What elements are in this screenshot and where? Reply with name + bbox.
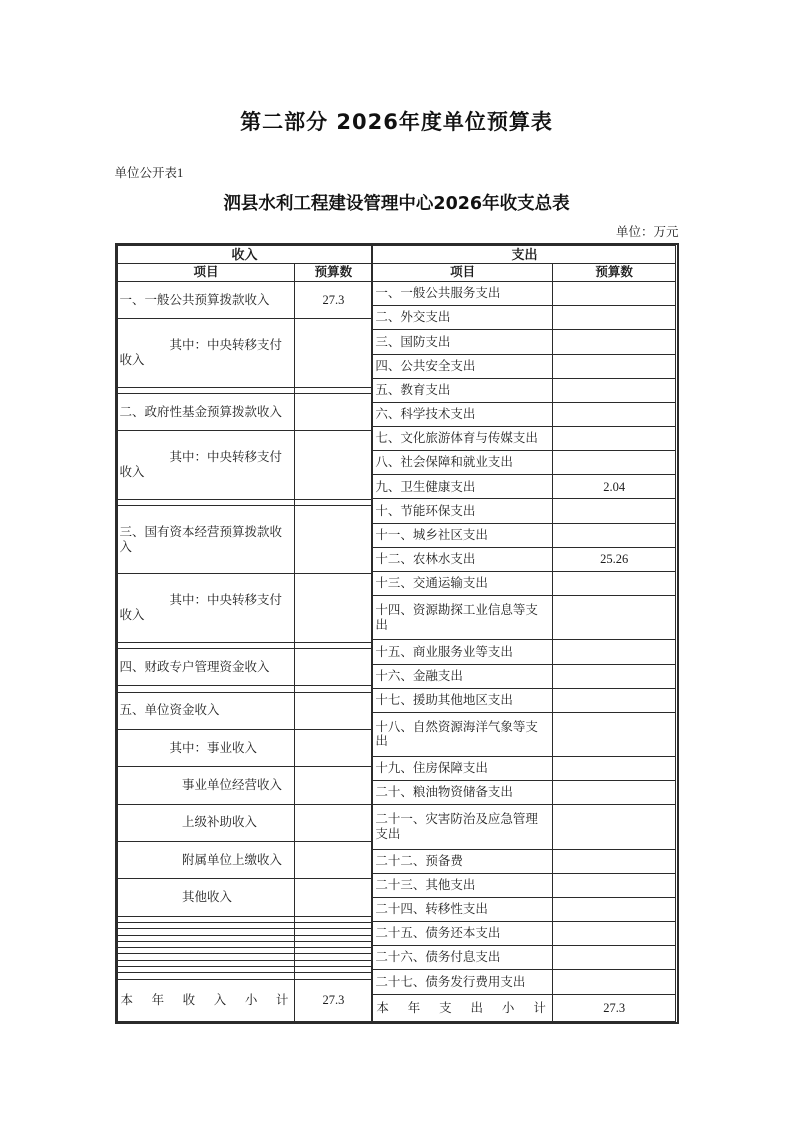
item-cell: 二十一、灾害防治及应急管理支出: [373, 805, 552, 849]
table-row: 二十五、债务还本支出: [373, 922, 676, 946]
budget-cell: [295, 842, 372, 879]
item-cell: 十一、城乡社区支出: [373, 523, 552, 547]
item-cell: 十八、自然资源海洋气象等支出: [373, 712, 552, 756]
item-cell: 十二、农林水支出: [373, 547, 552, 571]
budget-cell: [552, 354, 676, 378]
item-cell: 十九、住房保障支出: [373, 757, 552, 781]
item-cell: 四、财政专户管理资金收入: [117, 649, 295, 686]
expenditure-budget-column-header: 预算数: [552, 264, 676, 282]
budget-cell: [552, 523, 676, 547]
table-row: 三、国有资本经营预算拨款收入: [117, 506, 372, 574]
budget-cell: [552, 282, 676, 306]
budget-cell: [552, 330, 676, 354]
table-row: 九、卫生健康支出2.04: [373, 475, 676, 499]
item-cell: 二十四、转移性支出: [373, 897, 552, 921]
table-row: 其中：中央转移支付收入: [117, 319, 372, 387]
content-area: 单位公开表1 泗县水利工程建设管理中心2026年收支总表 单位：万元 收入 项目: [115, 163, 679, 1024]
item-cell: 上级补助收入: [117, 804, 295, 841]
table-row: 十七、援助其他地区支出: [373, 688, 676, 712]
table-row: 十三、交通运输支出: [373, 571, 676, 595]
item-cell: 四、公共安全支出: [373, 354, 552, 378]
item-cell: 二十六、债务付息支出: [373, 946, 552, 970]
budget-cell: [552, 402, 676, 426]
item-cell: 二十五、债务还本支出: [373, 922, 552, 946]
budget-cell: [295, 394, 372, 431]
income-total-row: 本 年 收 入 小 计 27.3: [117, 979, 372, 1021]
budget-cell: [552, 849, 676, 873]
income-section: 收入 项目 预算数 一、一般公共预算拨款收入27.3 其中：中央转移支付收入二、…: [117, 245, 373, 1022]
budget-cell: [552, 781, 676, 805]
item-cell: 二十、粮油物资储备支出: [373, 781, 552, 805]
item-cell: 其他收入: [117, 879, 295, 916]
item-cell: 十四、资源勘探工业信息等支出: [373, 596, 552, 640]
income-item-column-header: 项目: [117, 264, 295, 282]
budget-cell: [552, 571, 676, 595]
table-row: 十九、住房保障支出: [373, 757, 676, 781]
table-row: 七、文化旅游体育与传媒支出: [373, 427, 676, 451]
expenditure-table: 支出 项目 预算数 一、一般公共服务支出二、外交支出三、国防支出四、公共安全支出…: [372, 245, 676, 1022]
income-total-value: 27.3: [295, 979, 372, 1021]
table-row: 三、国防支出: [373, 330, 676, 354]
table-row: 附属单位上缴收入: [117, 842, 372, 879]
expenditure-section: 支出 项目 预算数 一、一般公共服务支出二、外交支出三、国防支出四、公共安全支出…: [372, 245, 676, 1022]
budget-cell: [552, 873, 676, 897]
budget-cell: [552, 427, 676, 451]
item-cell: 十七、援助其他地区支出: [373, 688, 552, 712]
item-cell: 二、政府性基金预算拨款收入: [117, 394, 295, 431]
table-row: [117, 973, 372, 980]
table-row: 其中：中央转移支付收入: [117, 431, 372, 499]
table-row: 二十三、其他支出: [373, 873, 676, 897]
budget-cell: 2.04: [552, 475, 676, 499]
income-table: 收入 项目 预算数 一、一般公共预算拨款收入27.3 其中：中央转移支付收入二、…: [117, 245, 373, 1022]
item-cell: 二十七、债务发行费用支出: [373, 970, 552, 994]
table-label: 单位公开表1: [115, 163, 679, 181]
budget-cell: [295, 692, 372, 729]
table-row: 十一、城乡社区支出: [373, 523, 676, 547]
table-row: 十四、资源勘探工业信息等支出: [373, 596, 676, 640]
table-row: 五、教育支出: [373, 378, 676, 402]
item-cell: 九、卫生健康支出: [373, 475, 552, 499]
table-row: 二、政府性基金预算拨款收入: [117, 394, 372, 431]
item-cell: 六、科学技术支出: [373, 402, 552, 426]
budget-cell: [295, 767, 372, 804]
budget-cell: [552, 970, 676, 994]
item-cell: 事业单位经营收入: [117, 767, 295, 804]
item-cell: 三、国防支出: [373, 330, 552, 354]
budget-cell: [552, 922, 676, 946]
income-section-header: 收入: [117, 246, 372, 264]
income-group-header-row: 收入: [117, 246, 372, 264]
item-cell: 三、国有资本经营预算拨款收入: [117, 506, 295, 574]
table-row: 其他收入: [117, 879, 372, 916]
item-cell: 一、一般公共服务支出: [373, 282, 552, 306]
item-cell: 二十三、其他支出: [373, 873, 552, 897]
income-budget-column-header: 预算数: [295, 264, 372, 282]
item-cell: 其中：中央转移支付收入: [117, 574, 295, 642]
unit-note: 单位：万元: [115, 222, 679, 240]
budget-cell: [295, 506, 372, 574]
item-cell: 八、社会保障和就业支出: [373, 451, 552, 475]
table-row: 六、科学技术支出: [373, 402, 676, 426]
item-cell: 二十二、预备费: [373, 849, 552, 873]
item-cell: 十三、交通运输支出: [373, 571, 552, 595]
budget-cell: [295, 574, 372, 642]
income-column-header-row: 项目 预算数: [117, 264, 372, 282]
item-cell: 其中：中央转移支付收入: [117, 431, 295, 499]
budget-cell: [552, 378, 676, 402]
item-cell: 十、节能环保支出: [373, 499, 552, 523]
expenditure-column-header-row: 项目 预算数: [373, 264, 676, 282]
budget-cell: [552, 712, 676, 756]
budget-cell: [295, 730, 372, 767]
budget-cell: [552, 664, 676, 688]
expenditure-total-value: 27.3: [552, 994, 676, 1021]
budget-cell: [295, 973, 372, 980]
income-total-label: 本 年 收 入 小 计: [117, 979, 295, 1021]
budget-cell: [295, 319, 372, 387]
budget-summary-table: 收入 项目 预算数 一、一般公共预算拨款收入27.3 其中：中央转移支付收入二、…: [115, 243, 679, 1024]
budget-cell: 27.3: [295, 282, 372, 319]
budget-cell: [552, 897, 676, 921]
table-row: 二十六、债务付息支出: [373, 946, 676, 970]
item-cell: 一、一般公共预算拨款收入: [117, 282, 295, 319]
table-row: 四、财政专户管理资金收入: [117, 649, 372, 686]
item-cell: 附属单位上缴收入: [117, 842, 295, 879]
table-row: 一、一般公共预算拨款收入27.3: [117, 282, 372, 319]
item-cell: 二、外交支出: [373, 306, 552, 330]
item-cell: 五、教育支出: [373, 378, 552, 402]
budget-cell: 25.26: [552, 547, 676, 571]
expenditure-total-label: 本 年 支 出 小 计: [373, 994, 552, 1021]
budget-cell: [295, 431, 372, 499]
expenditure-section-header: 支出: [373, 246, 676, 264]
budget-cell: [552, 757, 676, 781]
budget-cell: [552, 946, 676, 970]
table-title: 泗县水利工程建设管理中心2026年收支总表: [115, 190, 679, 215]
table-row: 二十二、预备费: [373, 849, 676, 873]
budget-cell: [552, 805, 676, 849]
expenditure-item-column-header: 项目: [373, 264, 552, 282]
budget-cell: [552, 596, 676, 640]
table-row: 十二、农林水支出25.26: [373, 547, 676, 571]
expenditure-total-row: 本 年 支 出 小 计 27.3: [373, 994, 676, 1021]
table-row: 二十、粮油物资储备支出: [373, 781, 676, 805]
budget-cell: [552, 451, 676, 475]
item-cell: 五、单位资金收入: [117, 692, 295, 729]
table-row: 十六、金融支出: [373, 664, 676, 688]
table-row: 其中：事业收入: [117, 730, 372, 767]
budget-cell: [552, 499, 676, 523]
document-page: 第二部分 2026年度单位预算表 单位公开表1 泗县水利工程建设管理中心2026…: [0, 0, 793, 1122]
expenditure-group-header-row: 支出: [373, 246, 676, 264]
table-row: 上级补助收入: [117, 804, 372, 841]
table-row: 十、节能环保支出: [373, 499, 676, 523]
item-cell: 其中：中央转移支付收入: [117, 319, 295, 387]
table-row: 二十一、灾害防治及应急管理支出: [373, 805, 676, 849]
document-main-title: 第二部分 2026年度单位预算表: [0, 106, 793, 136]
item-cell: 七、文化旅游体育与传媒支出: [373, 427, 552, 451]
table-row: 十五、商业服务业等支出: [373, 640, 676, 664]
table-row: 二十四、转移性支出: [373, 897, 676, 921]
budget-cell: [295, 649, 372, 686]
item-cell: 其中：事业收入: [117, 730, 295, 767]
item-cell: [117, 973, 295, 980]
table-row: 五、单位资金收入: [117, 692, 372, 729]
item-cell: 十六、金融支出: [373, 664, 552, 688]
budget-cell: [552, 640, 676, 664]
table-row: 八、社会保障和就业支出: [373, 451, 676, 475]
table-row: 二十七、债务发行费用支出: [373, 970, 676, 994]
budget-cell: [552, 306, 676, 330]
table-row: 其中：中央转移支付收入: [117, 574, 372, 642]
table-row: 一、一般公共服务支出: [373, 282, 676, 306]
table-row: 四、公共安全支出: [373, 354, 676, 378]
table-row: 事业单位经营收入: [117, 767, 372, 804]
table-row: 十八、自然资源海洋气象等支出: [373, 712, 676, 756]
budget-cell: [295, 804, 372, 841]
budget-cell: [552, 688, 676, 712]
table-row: 二、外交支出: [373, 306, 676, 330]
item-cell: 十五、商业服务业等支出: [373, 640, 552, 664]
budget-cell: [295, 879, 372, 916]
